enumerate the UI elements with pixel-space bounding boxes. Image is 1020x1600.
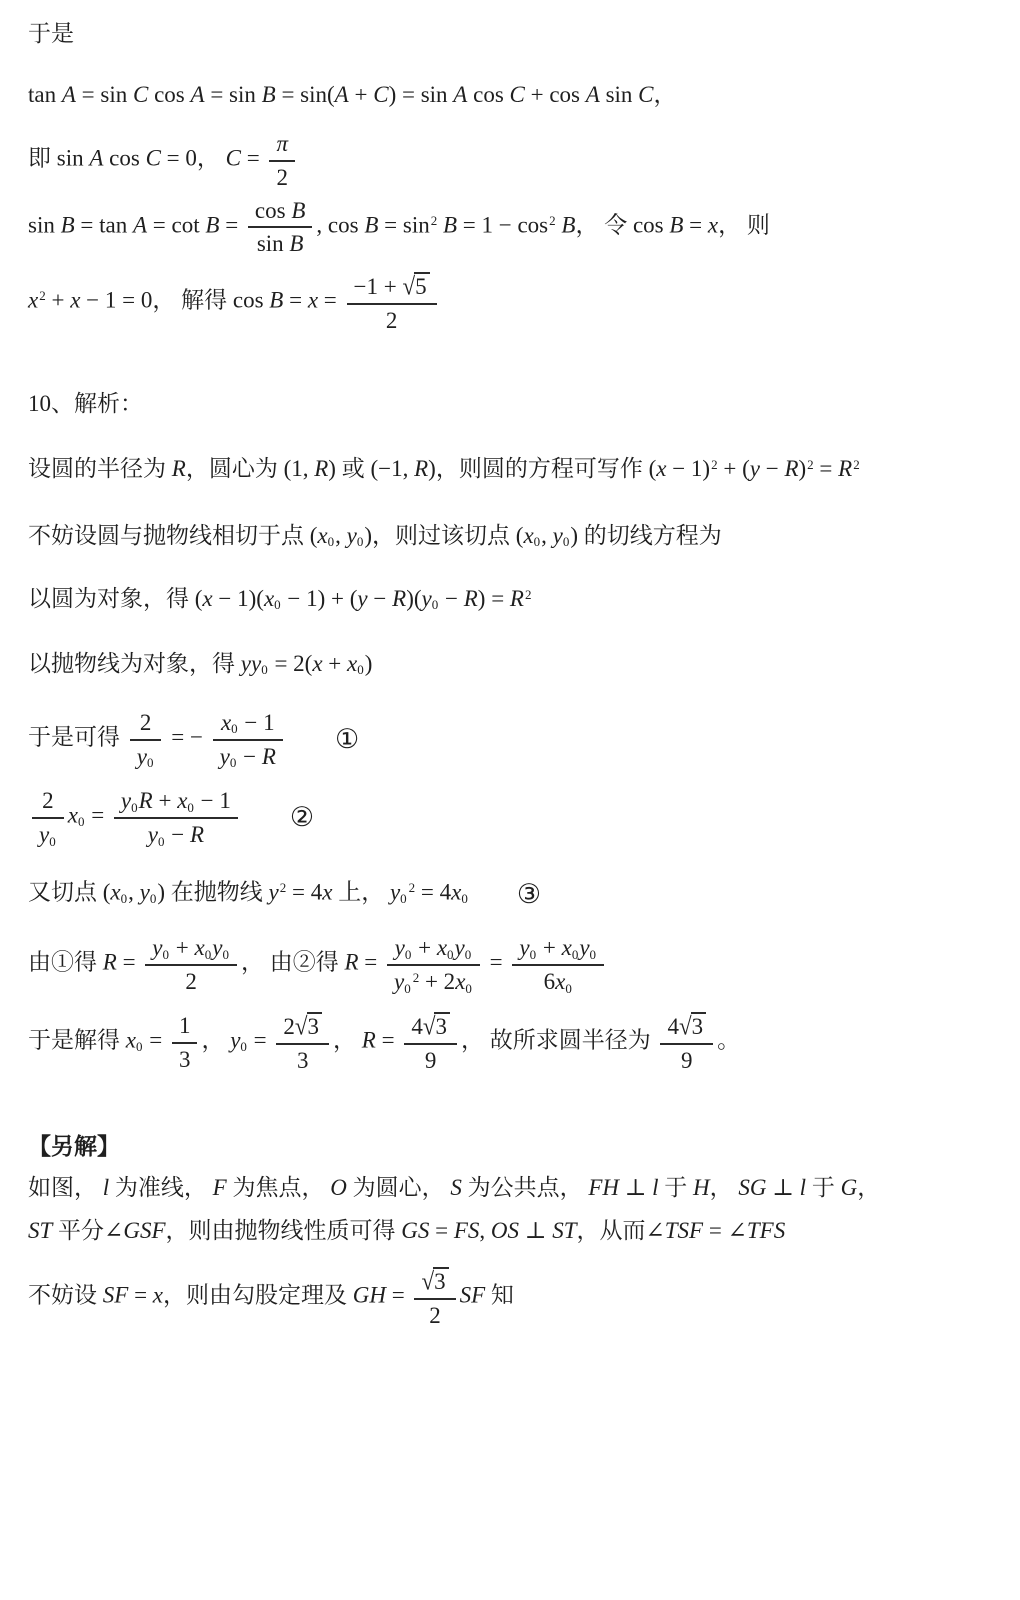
line-tangent-point: 不妨设圆与抛物线相切于点 (x0, y0)，则过该切点 (x0, y0) 的切线… <box>28 520 990 551</box>
line-ST-bisects: ST 平分∠GSF，则由抛物线性质可得 GS = FS, OS ⊥ ST，从而∠… <box>28 1215 990 1246</box>
formula-final-solution: 于是解得 x0 = 13， y0 = 2√33， R = 4√39， 故所求圆半… <box>28 1011 990 1074</box>
formula-eq1: 于是可得 2y0 = − x0 − 1y0 − R① <box>28 709 990 770</box>
line-therefore: 于是 <box>28 18 990 49</box>
document-page: 于是 tan A = sin C cos A = sin B = sin(A +… <box>0 0 1020 1600</box>
line-circle-setup: 设圆的半径为 R，圆心为 (1, R) 或 (−1, R)，则圆的方程可写作 (… <box>28 453 990 484</box>
line-figure-description: 如图， l 为准线， F 为焦点， O 为圆心， S 为公共点， FH ⊥ l … <box>28 1172 990 1203</box>
formula-quadratic-solution: x2 + x − 1 = 0， 解得 cos B = x = −1 + √52 <box>28 271 990 334</box>
line-pythagorean: 不妨设 SF = x，则由勾股定理及 GH = √32SF 知 <box>28 1266 990 1329</box>
heading-problem-10: 10、解析： <box>28 388 990 419</box>
formula-sinAcosC-zero: 即 sin A cos C = 0， C = π2 <box>28 130 990 191</box>
line-parabola-object: 以抛物线为对象，得 yy0 = 2(x + x0) <box>28 648 990 679</box>
formula-tan-expansion: tan A = sin C cos A = sin B = sin(A + C)… <box>28 79 990 110</box>
line-circle-object: 以圆为对象，得 (x − 1)(x0 − 1) + (y − R)(y0 − R… <box>28 583 990 614</box>
heading-alternate-solution: 【另解】 <box>28 1131 990 1162</box>
formula-sinB-tanA-cotB: sin B = tan A = cot B = cos Bsin B, cos … <box>28 197 990 258</box>
formula-eq3: 又切点 (x0, y0) 在抛物线 y2 = 4x 上， y02 = 4x0③ <box>28 876 990 912</box>
formula-R-from-eqs: 由①得 R = y0 + x0y02， 由②得 R = y0 + x0y0y02… <box>28 934 990 995</box>
formula-eq2: 2y0x0 = y0R + x0 − 1y0 − R② <box>28 787 990 848</box>
